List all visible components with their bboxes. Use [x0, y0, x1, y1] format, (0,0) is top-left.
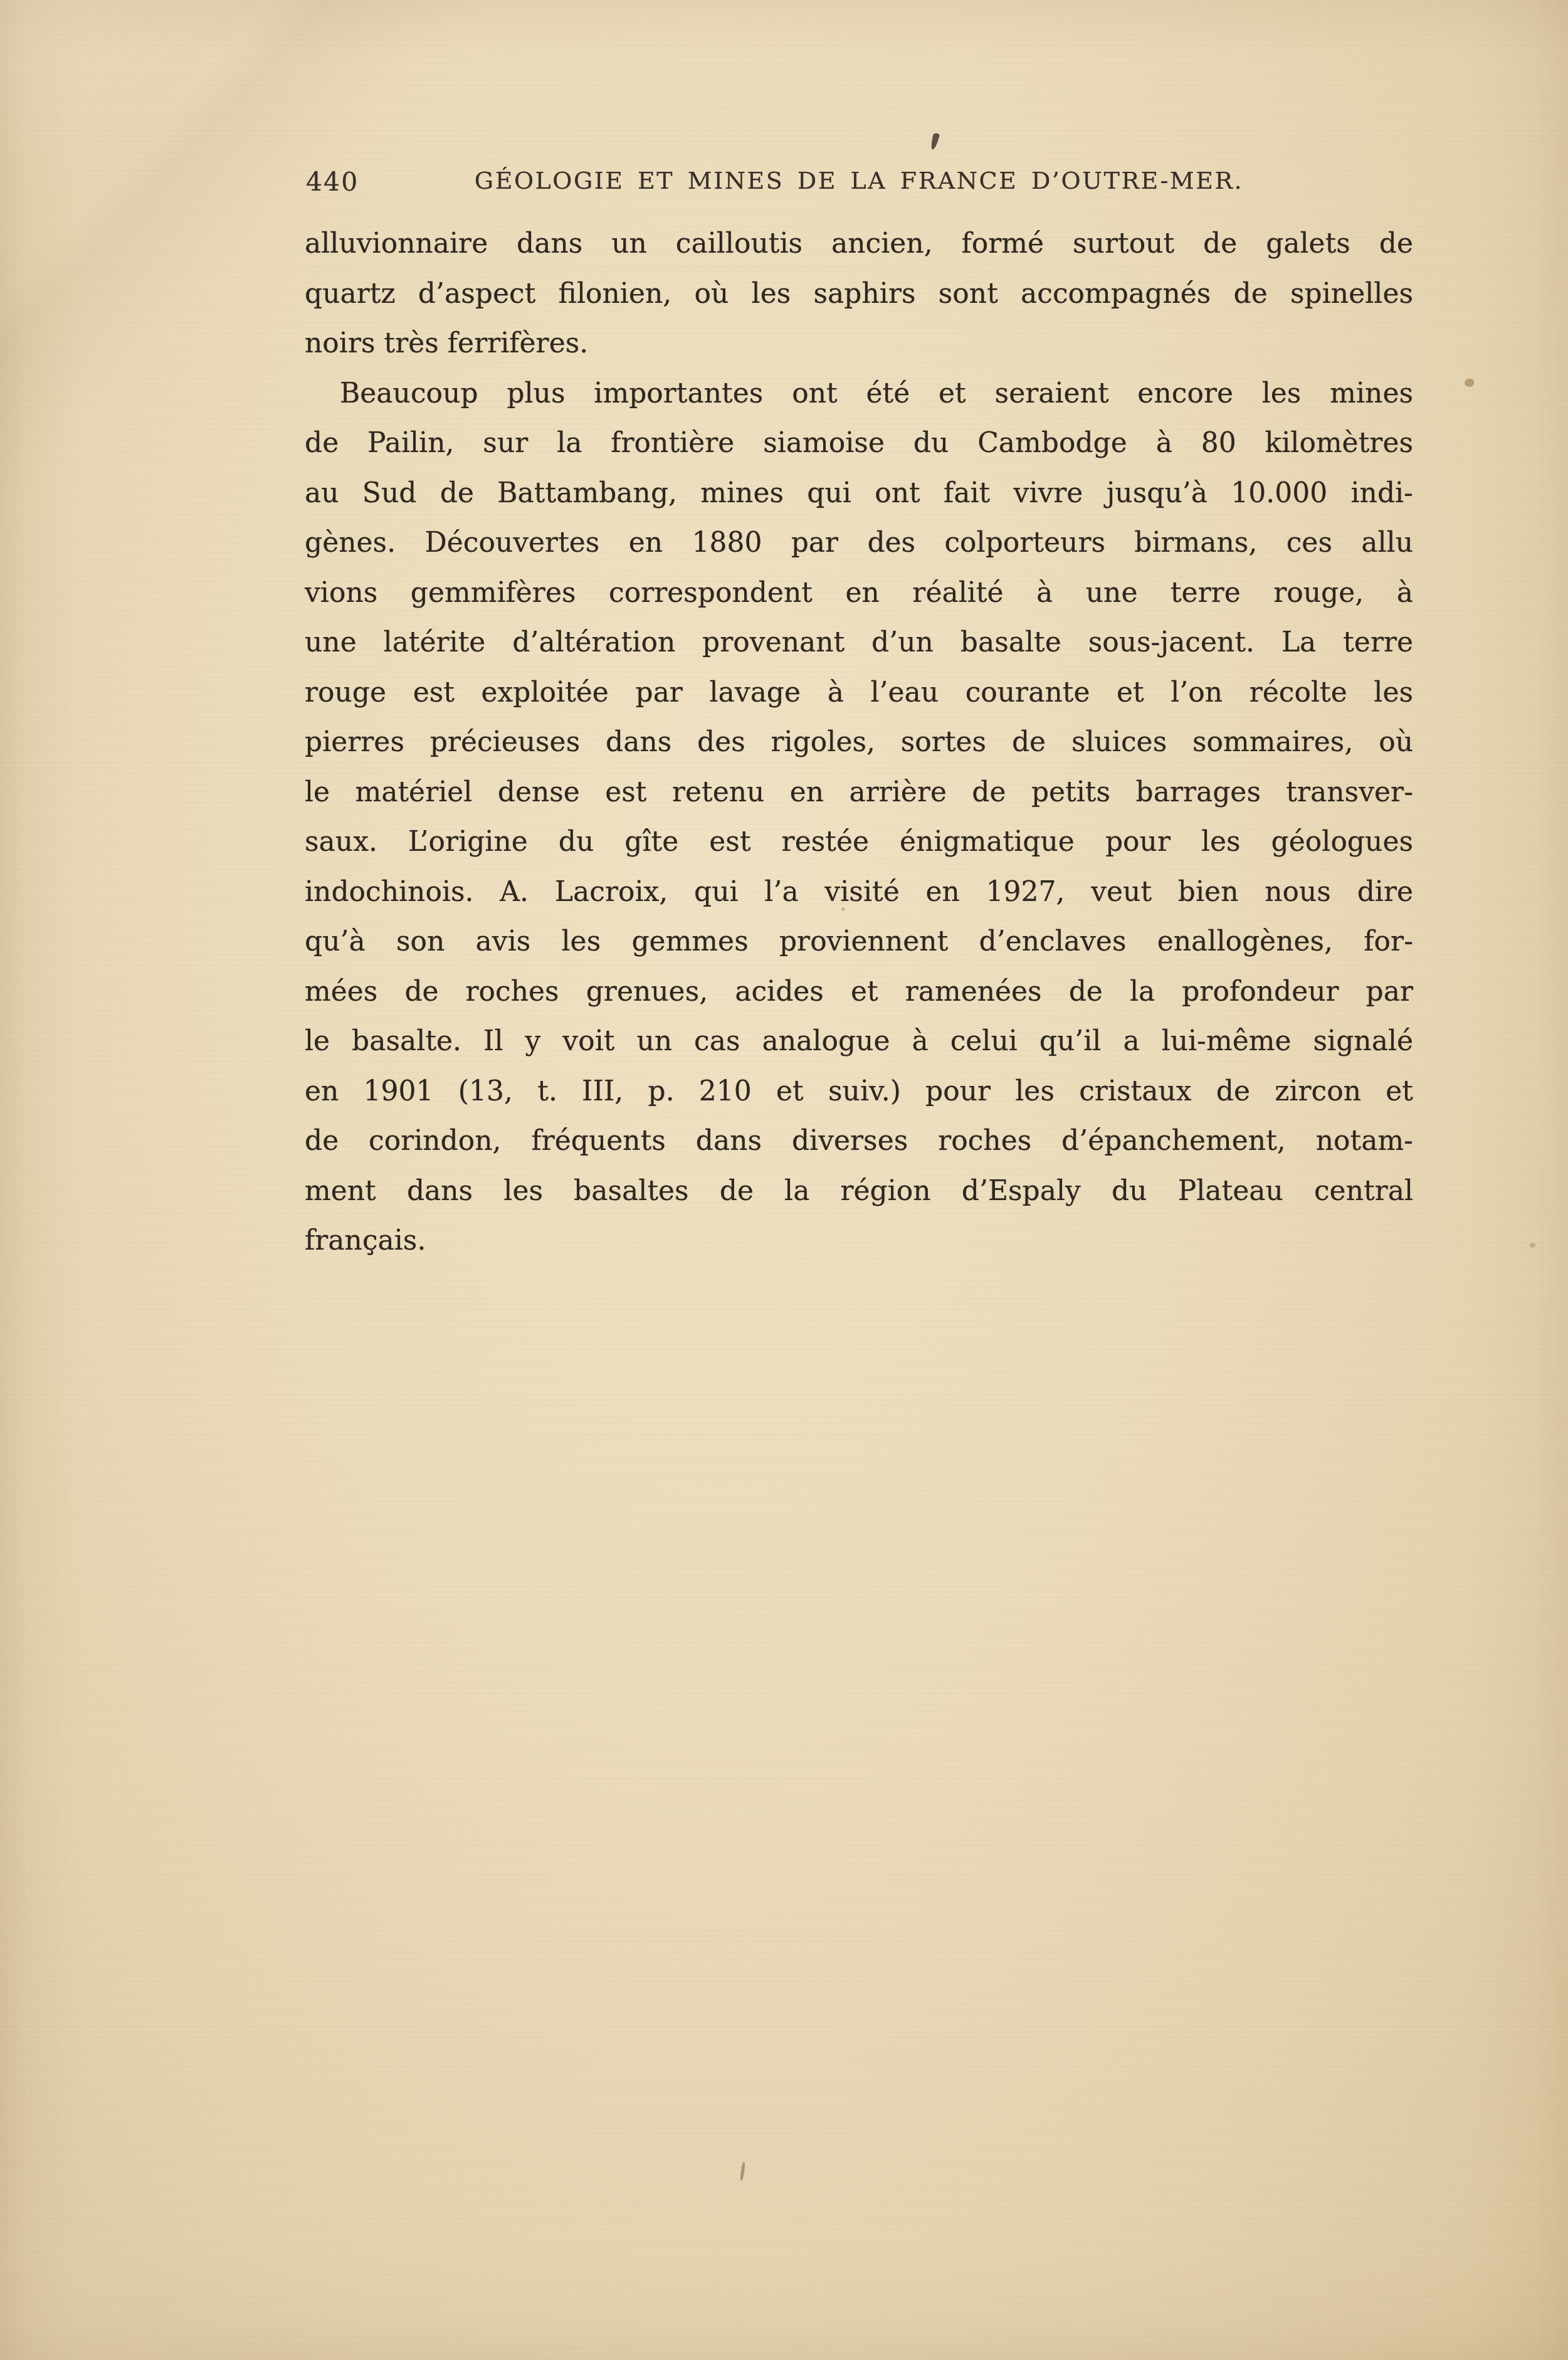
text-line: mées de roches grenues, acides et ramené… — [305, 967, 1413, 1017]
text-line: de corindon, fréquents dans diverses roc… — [305, 1116, 1413, 1166]
text-line: le matériel dense est retenu en arrière … — [305, 767, 1413, 818]
running-header: 440 GÉOLOGIE ET MINES DE LA FRANCE D’OUT… — [305, 164, 1413, 199]
text-line: au Sud de Battambang, mines qui ont fait… — [305, 468, 1413, 519]
ink-speck-right-margin — [1465, 379, 1474, 387]
text-line: vions gemmifères correspondent en réalit… — [305, 568, 1413, 618]
pen-mark-bottom-center — [740, 2162, 745, 2181]
text-line: noirs très ferrifères. — [305, 319, 1413, 369]
text-line: ment dans les basaltes de la région d’Es… — [305, 1166, 1413, 1216]
ink-speck-above-header — [930, 132, 940, 150]
page-number: 440 — [306, 167, 359, 197]
ink-speck-right-margin — [1530, 1243, 1535, 1248]
scanned-book-page: { "page": { "number": "440", "header_tit… — [0, 0, 1568, 2360]
text-line: indochinois. A. Lacroix, qui l’a visité … — [305, 867, 1413, 917]
text-line: quartz d’aspect filonien, où les saphirs… — [305, 269, 1413, 319]
body-text-block: alluvionnaire dans un cailloutis ancien,… — [305, 219, 1413, 1266]
text-line: en 1901 (13, t. III, p. 210 et suiv.) po… — [305, 1067, 1413, 1117]
text-line: une latérite d’altération provenant d’un… — [305, 618, 1413, 668]
text-line: pierres précieuses dans des rigoles, sor… — [305, 717, 1413, 767]
text-line: rouge est exploitée par lavage à l’eau c… — [305, 668, 1413, 718]
text-line: alluvionnaire dans un cailloutis ancien,… — [305, 219, 1413, 269]
text-line: qu’à son avis les gemmes proviennent d’e… — [305, 917, 1413, 967]
text-line: français. — [305, 1216, 1413, 1266]
text-line: de Pailin, sur la frontière siamoise du … — [305, 418, 1413, 468]
text-line: le basalte. Il y voit un cas analogue à … — [305, 1016, 1413, 1067]
text-line: saux. L’origine du gîte est restée énigm… — [305, 817, 1413, 867]
text-line: gènes. Découvertes en 1880 par des colpo… — [305, 518, 1413, 568]
text-line: Beaucoup plus importantes ont été et ser… — [305, 369, 1413, 419]
running-header-title: GÉOLOGIE ET MINES DE LA FRANCE D’OUTRE-M… — [305, 164, 1413, 194]
